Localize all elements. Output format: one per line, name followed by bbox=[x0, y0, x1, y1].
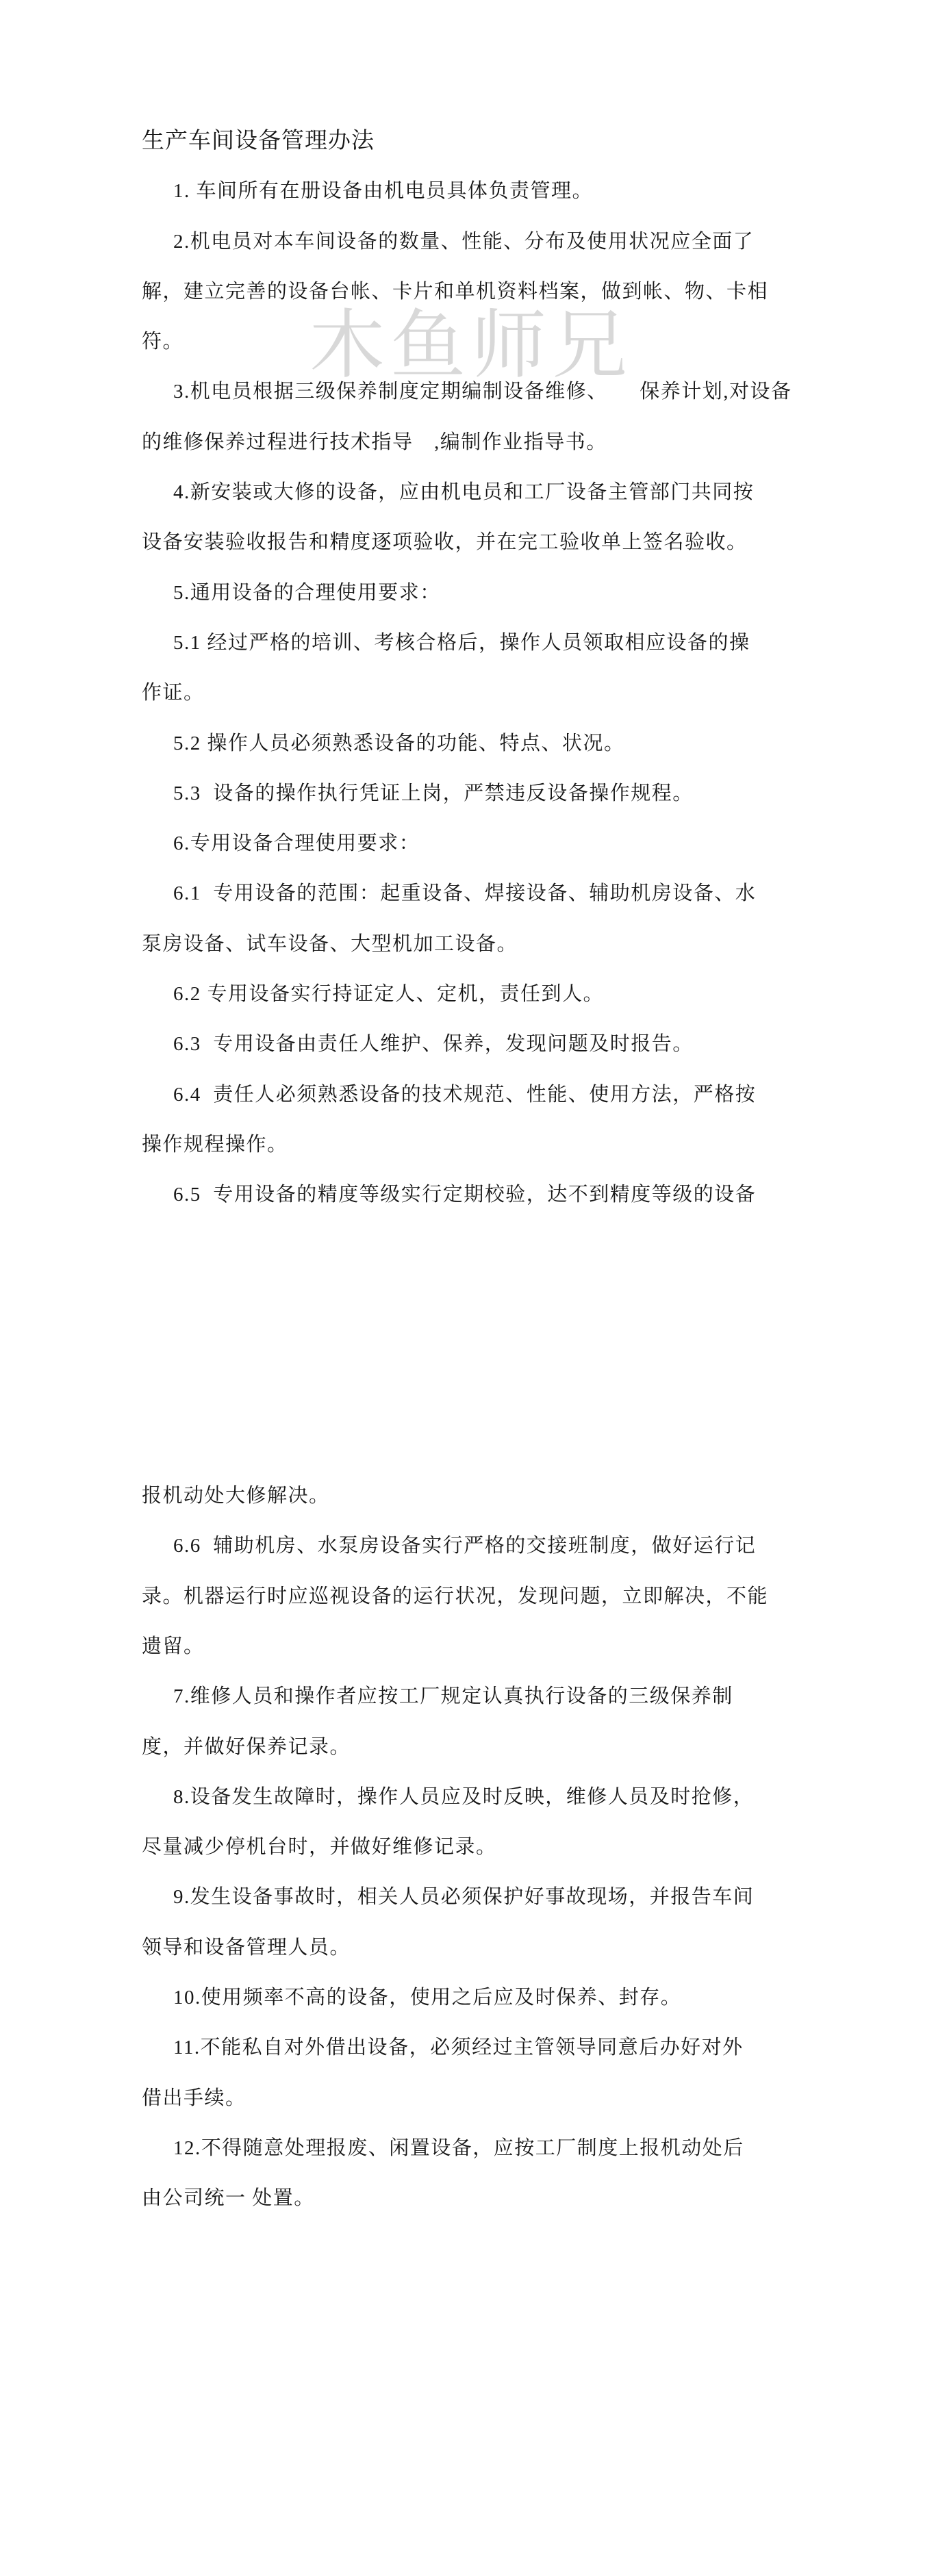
document-page: 木鱼师兄 生产车间设备管理办法 1. 车间所有在册设备由机电员具体负责管理。2.… bbox=[0, 0, 936, 2576]
text-line: 设备安装验收报告和精度逐项验收，并在完工验收单上签名验收。 bbox=[142, 518, 799, 568]
blank-line bbox=[142, 1321, 799, 1370]
document-title: 生产车间设备管理办法 bbox=[142, 116, 799, 166]
text-line: 尽量减少停机台时，并做好维修记录。 bbox=[142, 1822, 799, 1872]
text-line: 3.机电员根据三级保养制度定期编制设备维修、 保养计划,对设备 bbox=[142, 367, 799, 417]
text-line: 7.维修人员和操作者应按工厂规定认真执行设备的三级保养制 bbox=[142, 1672, 799, 1722]
text-line: 1. 车间所有在册设备由机电员具体负责管理。 bbox=[142, 166, 799, 216]
text-line: 领导和设备管理人员。 bbox=[142, 1923, 799, 1973]
blank-line bbox=[142, 1421, 799, 1471]
blank-line bbox=[142, 1221, 799, 1271]
paragraph-lines: 1. 车间所有在册设备由机电员具体负责管理。2.机电员对本车间设备的数量、性能、… bbox=[142, 166, 799, 2223]
text-line: 的维修保养过程进行技术指导 ,编制作业指导书。 bbox=[142, 418, 799, 468]
text-line: 报机动处大修解决。 bbox=[142, 1471, 799, 1521]
blank-line bbox=[142, 1370, 799, 1420]
text-line: 5.1 经过严格的培训、考核合格后，操作人员领取相应设备的操 bbox=[142, 618, 799, 668]
text-line: 6.专用设备合理使用要求： bbox=[142, 819, 799, 869]
text-line: 6.4 责任人必须熟悉设备的技术规范、性能、使用方法，严格按 bbox=[142, 1070, 799, 1120]
text-line: 5.3 设备的操作执行凭证上岗，严禁违反设备操作规程。 bbox=[142, 769, 799, 819]
text-line: 4.新安装或大修的设备，应由机电员和工厂设备主管部门共同按 bbox=[142, 468, 799, 518]
text-line: 11.不能私自对外借出设备，必须经过主管领导同意后办好对外 bbox=[142, 2023, 799, 2073]
text-line: 9.发生设备事故时，相关人员必须保护好事故现场，并报告车间 bbox=[142, 1872, 799, 1922]
text-line: 符。 bbox=[142, 317, 799, 367]
document-body: 生产车间设备管理办法 1. 车间所有在册设备由机电员具体负责管理。2.机电员对本… bbox=[142, 116, 799, 2223]
text-line: 解，建立完善的设备台帐、卡片和单机资料档案，做到帐、物、卡相 bbox=[142, 267, 799, 317]
text-line: 2.机电员对本车间设备的数量、性能、分布及使用状况应全面了 bbox=[142, 217, 799, 267]
text-line: 6.1 专用设备的范围：起重设备、焊接设备、辅助机房设备、水 bbox=[142, 869, 799, 919]
text-line: 8.设备发生故障时，操作人员应及时反映，维修人员及时抢修， bbox=[142, 1772, 799, 1822]
text-line: 5.2 操作人员必须熟悉设备的功能、特点、状况。 bbox=[142, 719, 799, 769]
text-line: 6.6 辅助机房、水泵房设备实行严格的交接班制度，做好运行记 bbox=[142, 1521, 799, 1571]
text-line: 6.2 专用设备实行持证定人、定机，责任到人。 bbox=[142, 969, 799, 1019]
text-line: 5.通用设备的合理使用要求： bbox=[142, 568, 799, 618]
text-line: 12.不得随意处理报废、闲置设备，应按工厂制度上报机动处后 bbox=[142, 2124, 799, 2173]
text-line: 6.5 专用设备的精度等级实行定期校验，达不到精度等级的设备 bbox=[142, 1170, 799, 1220]
text-line: 6.3 专用设备由责任人维护、保养，发现问题及时报告。 bbox=[142, 1019, 799, 1069]
blank-line bbox=[142, 1271, 799, 1321]
text-line: 作证。 bbox=[142, 668, 799, 718]
text-line: 遗留。 bbox=[142, 1622, 799, 1672]
text-line: 泵房设备、试车设备、大型机加工设备。 bbox=[142, 919, 799, 969]
text-line: 度，并做好保养记录。 bbox=[142, 1722, 799, 1772]
text-line: 借出手续。 bbox=[142, 2074, 799, 2124]
text-line: 由公司统一 处置。 bbox=[142, 2173, 799, 2223]
text-line: 操作规程操作。 bbox=[142, 1120, 799, 1170]
text-line: 录。机器运行时应巡视设备的运行状况，发现问题，立即解决，不能 bbox=[142, 1572, 799, 1622]
text-line: 10.使用频率不高的设备，使用之后应及时保养、封存。 bbox=[142, 1973, 799, 2023]
